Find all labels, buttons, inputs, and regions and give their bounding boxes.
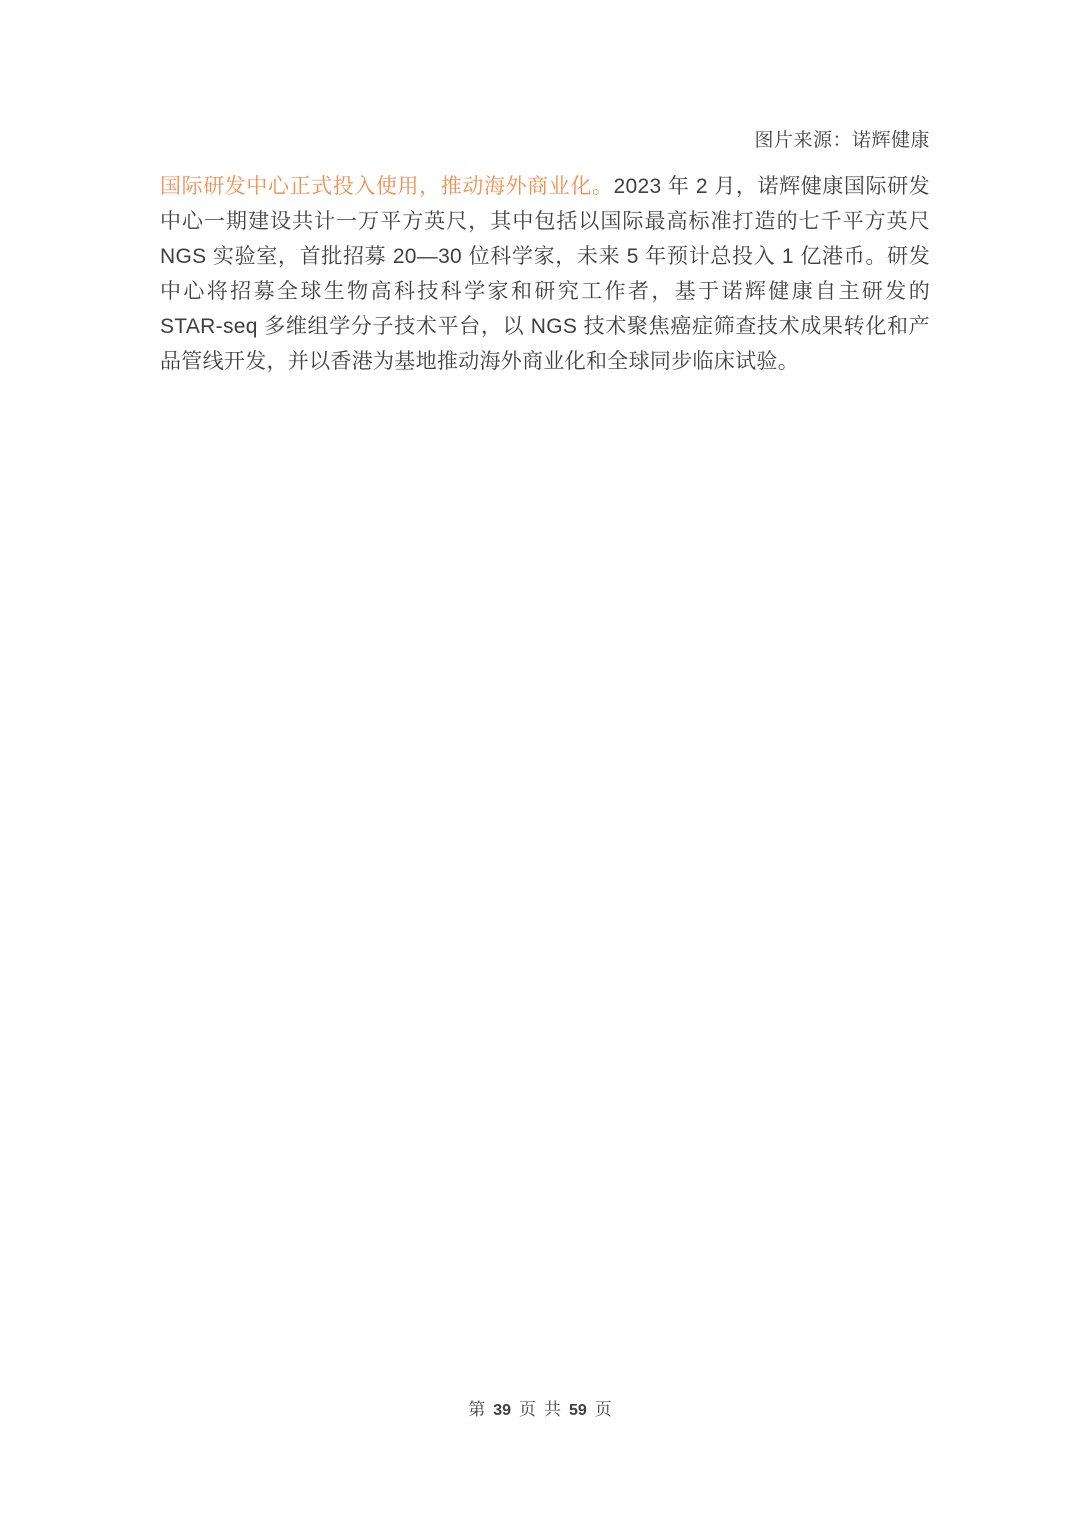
footer-middle-label: 页 [519, 1400, 536, 1419]
image-source-caption: 图片来源：诺辉健康 [160, 128, 930, 154]
footer-connector: 共 [544, 1400, 561, 1419]
document-page: 图片来源：诺辉健康 国际研发中心正式投入使用，推动海外商业化。2023 年 2 … [0, 0, 1080, 1527]
paragraph-body-text: 2023 年 2 月，诺辉健康国际研发中心一期建设共计一万平方英尺，其中包括以国… [160, 175, 930, 373]
footer-prefix: 第 [468, 1400, 485, 1419]
body-paragraph: 国际研发中心正式投入使用，推动海外商业化。2023 年 2 月，诺辉健康国际研发… [160, 169, 930, 379]
footer-suffix: 页 [595, 1400, 612, 1419]
footer-total-pages: 59 [569, 1402, 587, 1419]
page-number-footer: 第39页共59页 [0, 1395, 1080, 1420]
paragraph-highlight-text: 国际研发中心正式投入使用，推动海外商业化。 [160, 175, 614, 198]
footer-current-page: 39 [493, 1402, 511, 1419]
